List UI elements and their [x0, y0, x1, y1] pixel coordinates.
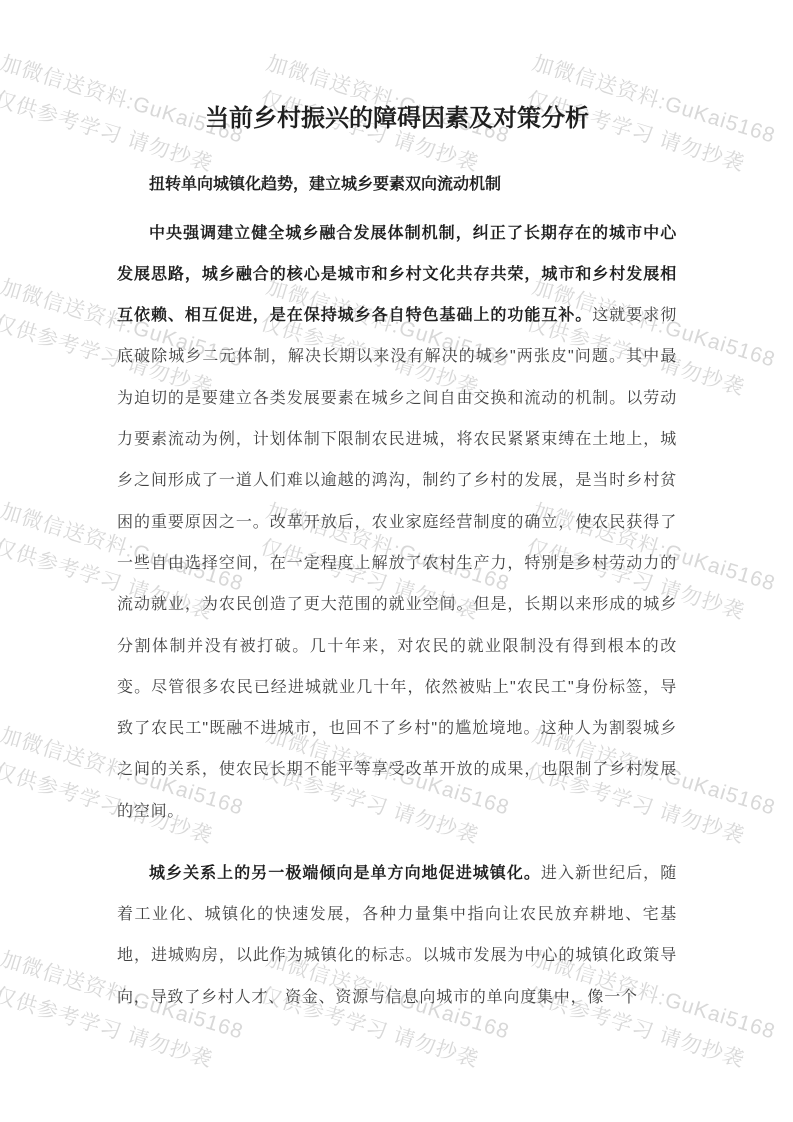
paragraph-1-text: 这就要求彻底破除城乡二元体制，解决长期以来没有解决的城乡"两张皮"问题。其中最为… — [117, 307, 677, 820]
body-paragraph-1: 中央强调建立健全城乡融合发展体制机制，纠正了长期存在的城市中心发展思路，城乡融合… — [117, 213, 677, 832]
paragraph-2-bold-lead: 城乡关系上的另一极端倾向是单方向地促进城镇化。 — [149, 865, 541, 882]
document-page: 加微信送资料:GuKai5168仅供参考学习 请勿抄袭 加微信送资料:GuKai… — [0, 0, 793, 1122]
body-paragraph-2: 城乡关系上的另一极端倾向是单方向地促进城镇化。进入新世纪后，随着工业化、城镇化的… — [117, 853, 677, 1018]
section-heading: 扭转单向城镇化趋势，建立城乡要素双向流动机制 — [117, 164, 677, 205]
document-content: 当前乡村振兴的障碍因素及对策分析 扭转单向城镇化趋势，建立城乡要素双向流动机制 … — [117, 0, 677, 1018]
document-title: 当前乡村振兴的障碍因素及对策分析 — [117, 98, 677, 139]
paragraph-2-text: 进入新世纪后，随着工业化、城镇化的快速发展，各种力量集中指向让农民放弃耕地、宅基… — [117, 865, 677, 1006]
